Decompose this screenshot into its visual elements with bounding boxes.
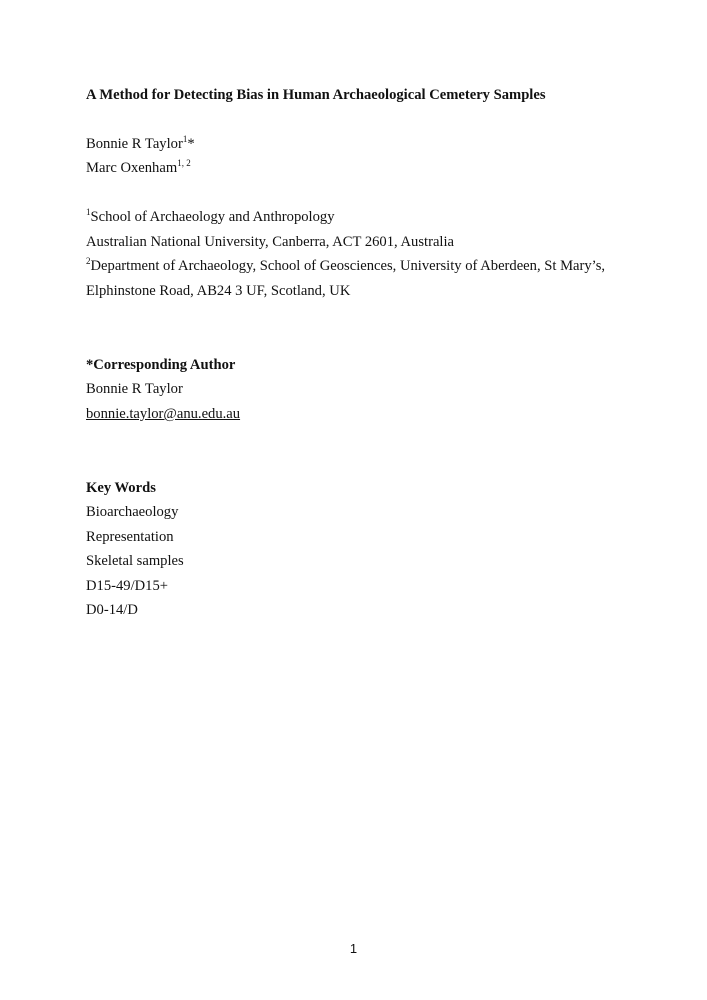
- affiliation-1-line-1: 1School of Archaeology and Anthropology: [86, 208, 335, 227]
- document-page: A Method for Detecting Bias in Human Arc…: [0, 0, 707, 1000]
- author-1: Bonnie R Taylor1*: [86, 135, 195, 154]
- affiliation-text: Department of Archaeology, School of Geo…: [91, 258, 606, 274]
- keyword-item: Bioarchaeology: [86, 503, 178, 521]
- corresponding-email-line: bonnie.taylor@anu.edu.au: [86, 405, 240, 423]
- keyword-item: Representation: [86, 528, 174, 546]
- affiliation-2-line-2: Elphinstone Road, AB24 3 UF, Scotland, U…: [86, 282, 350, 300]
- corresponding-mark: *: [187, 136, 194, 152]
- affiliation-mark: 1: [183, 134, 188, 144]
- paper-title: A Method for Detecting Bias in Human Arc…: [86, 86, 546, 104]
- affiliation-mark: 1: [86, 207, 91, 217]
- keyword-item: Skeletal samples: [86, 552, 184, 570]
- keyword-item: D0-14/D: [86, 601, 138, 619]
- email-link[interactable]: bonnie.taylor@anu.edu.au: [86, 406, 240, 422]
- keywords-heading: Key Words: [86, 479, 156, 497]
- affiliation-1-line-2: Australian National University, Canberra…: [86, 233, 454, 251]
- page-number: 1: [0, 941, 707, 957]
- affiliation-text: School of Archaeology and Anthropology: [91, 209, 335, 225]
- author-name: Marc Oxenham: [86, 160, 177, 176]
- corresponding-heading: *Corresponding Author: [86, 356, 235, 374]
- corresponding-name: Bonnie R Taylor: [86, 380, 183, 398]
- author-name: Bonnie R Taylor: [86, 136, 183, 152]
- keyword-item: D15-49/D15+: [86, 577, 168, 595]
- affiliation-mark: 1, 2: [177, 158, 191, 168]
- author-2: Marc Oxenham1, 2: [86, 159, 191, 178]
- affiliation-2-line-1: 2Department of Archaeology, School of Ge…: [86, 257, 605, 276]
- affiliation-mark: 2: [86, 256, 91, 266]
